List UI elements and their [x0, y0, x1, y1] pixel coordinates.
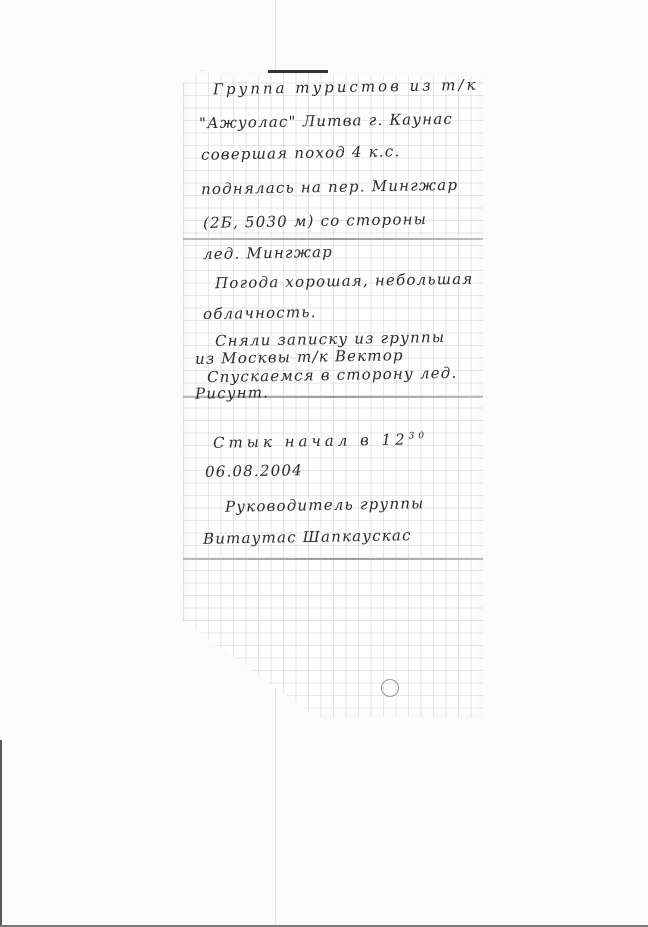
paper-fold: [183, 558, 483, 560]
handwritten-line: 06.08.2004: [205, 461, 303, 481]
start-time-minutes: 30: [409, 431, 429, 441]
torn-edge-mark: [268, 70, 328, 73]
scan-edge-left: [0, 740, 2, 927]
handwritten-line: Витаутас Шапкаускас: [203, 526, 412, 548]
handwritten-line: Рисунт.: [195, 383, 269, 402]
punch-hole: [381, 679, 399, 697]
handwritten-line: Стык начал в 1230: [213, 430, 428, 452]
start-time-text: Стык начал в 12: [213, 430, 409, 451]
paper-fold: [183, 238, 483, 240]
handwritten-line: Руководитель группы: [225, 494, 425, 515]
handwritten-line: совершая поход 4 к.с.: [201, 142, 401, 163]
handwritten-line: лед. Мингжар: [203, 243, 333, 263]
handwritten-line: облачность.: [203, 303, 317, 323]
